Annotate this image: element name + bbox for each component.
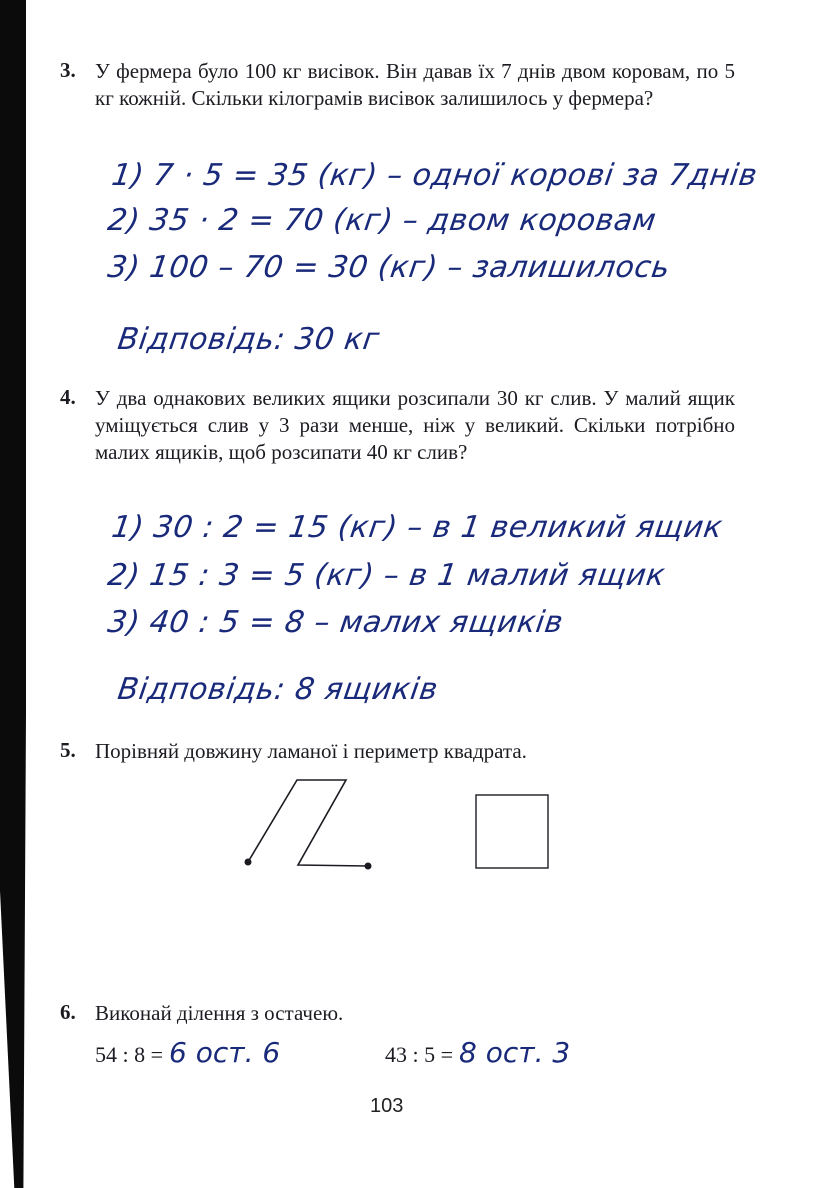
task-6-number: 6. bbox=[60, 1000, 76, 1025]
task-6-text: Виконай ділення з остачею. bbox=[95, 1000, 735, 1027]
broken-line-figure bbox=[245, 780, 372, 870]
equation-1-answer: 6 ост. 6 bbox=[169, 1036, 280, 1069]
equation-1: 54 : 8 =6 ост. 6 bbox=[95, 1036, 280, 1069]
page-number: 103 bbox=[370, 1095, 403, 1118]
equation-1-expr: 54 : 8 = bbox=[95, 1042, 163, 1067]
square-figure bbox=[476, 795, 548, 868]
equation-2-expr: 43 : 5 = bbox=[385, 1042, 453, 1067]
equation-2-answer: 8 ост. 3 bbox=[459, 1036, 570, 1069]
equation-2: 43 : 5 =8 ост. 3 bbox=[385, 1036, 570, 1069]
